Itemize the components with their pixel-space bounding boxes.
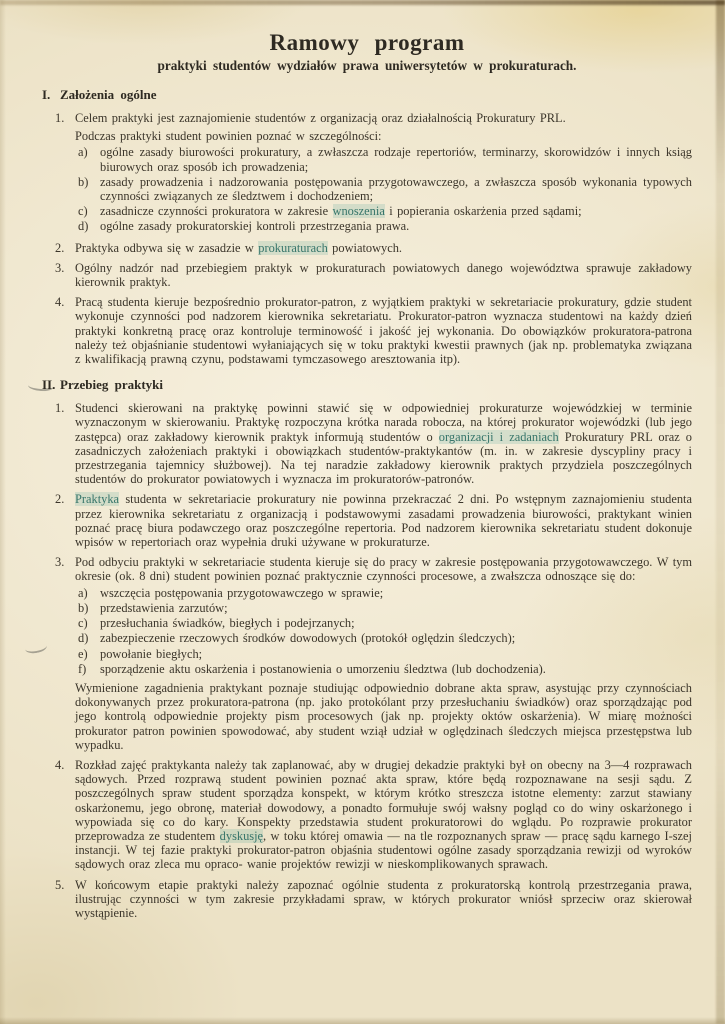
- item-paragraph: Praktyka studenta w sekretariacie prokur…: [75, 492, 692, 549]
- sub-list-item: c) przesłuchania świadków, biegłych i po…: [75, 616, 692, 630]
- list-item: 3. Pod odbyciu praktyki w sekretariacie …: [42, 555, 692, 752]
- item-body: Studenci skierowani na praktykę powinni …: [75, 401, 692, 486]
- section-number: II.: [42, 377, 60, 393]
- subitem-text: ogólne zasady prokuratorskiej kontroli p…: [100, 219, 692, 233]
- item-body: W końcowym etapie praktyki należy zapozn…: [75, 878, 692, 921]
- list-item: 4. Pracą studenta kieruje bezpośrednio p…: [42, 295, 692, 366]
- subitem-label: d): [75, 631, 100, 645]
- scan-edge-bottom: [0, 1017, 725, 1024]
- item-number: 1.: [55, 111, 75, 235]
- sub-list-item: d) ogólne zasady prokuratorskiej kontrol…: [75, 219, 692, 233]
- scan-edge-top: [0, 0, 725, 5]
- sub-list-item: e) powołanie biegłych;: [75, 647, 692, 661]
- sub-list-item: a) wszczęcia postępowania przygotowawcze…: [75, 586, 692, 600]
- item-number: 3.: [55, 261, 75, 289]
- subitem-label: b): [75, 601, 100, 615]
- item-number: 4.: [55, 758, 75, 872]
- item-paragraph: Wymienione zagadnienia praktykant poznaj…: [75, 681, 692, 752]
- subitem-text: zabezpieczenie rzeczowych środków dowodo…: [100, 631, 692, 645]
- item-body: Ogólny nadzór nad przebiegiem praktyk w …: [75, 261, 692, 289]
- item-paragraph: Pod odbyciu praktyki w sekretariacie stu…: [75, 555, 692, 583]
- sub-list-item: d) zabezpieczenie rzeczowych środków dow…: [75, 631, 692, 645]
- subitem-label: a): [75, 586, 100, 600]
- sub-list-item: f) sporządzenie aktu oskarżenia i postan…: [75, 662, 692, 676]
- page-title: Ramowy program: [42, 30, 692, 56]
- item-body: Pracą studenta kieruje bezpośrednio prok…: [75, 295, 692, 366]
- subitem-text: ogólne zasady biurowości prokuratury, a …: [100, 145, 692, 173]
- item-number: 4.: [55, 295, 75, 366]
- sub-list-item: a) ogólne zasady biurowości prokuratury,…: [75, 145, 692, 173]
- item-number: 1.: [55, 401, 75, 486]
- sub-list-item: b) przedstawienia zarzutów;: [75, 601, 692, 615]
- page-subtitle: praktyki studentów wydziałów prawa uniwe…: [42, 58, 692, 74]
- subitem-label: e): [75, 647, 100, 661]
- subitem-label: f): [75, 662, 100, 676]
- item-body: Celem praktyki jest zaznajomienie studen…: [75, 111, 692, 235]
- section-heading-1: I. Założenia ogólne: [42, 87, 692, 103]
- list-item: 1. Studenci skierowani na praktykę powin…: [42, 401, 692, 486]
- item-number: 3.: [55, 555, 75, 752]
- subitem-text: przedstawienia zarzutów;: [100, 601, 692, 615]
- item-number: 2.: [55, 241, 75, 255]
- item-paragraph: Ogólny nadzór nad przebiegiem praktyk w …: [75, 261, 692, 289]
- marker-highlight: wnoszenia: [333, 204, 385, 218]
- list-item: 2. Praktyka studenta w sekretariacie pro…: [42, 492, 692, 549]
- subitem-label: a): [75, 145, 100, 173]
- item-paragraph: W końcowym etapie praktyki należy zapozn…: [75, 878, 692, 921]
- subitem-text: przesłuchania świadków, biegłych i podej…: [100, 616, 692, 630]
- subitem-label: d): [75, 219, 100, 233]
- marker-highlight: organizacji i zadaniach: [439, 430, 559, 444]
- subitem-text: zasady prowadzenia i nadzorowania postęp…: [100, 175, 692, 203]
- scan-edge-right: [716, 0, 725, 1024]
- document-content: Ramowy program praktyki studentów wydzia…: [42, 24, 692, 926]
- section-heading-2: II. Przebieg praktyki: [42, 377, 692, 393]
- marker-highlight: prokuraturach: [258, 241, 328, 255]
- scan-edge-left: [0, 0, 6, 1024]
- section-title: Przebieg praktyki: [60, 377, 163, 393]
- item-number: 5.: [55, 878, 75, 921]
- subitem-text: sporządzenie aktu oskarżenia i postanowi…: [100, 662, 692, 676]
- item-paragraph: Studenci skierowani na praktykę powinni …: [75, 401, 692, 486]
- marker-highlight: dyskusję: [220, 829, 263, 843]
- document-page: Ramowy program praktyki studentów wydzia…: [0, 0, 725, 1024]
- subitem-text: zasadnicze czynności prokuratora w zakre…: [100, 204, 692, 218]
- item-paragraph: Rozkład zajęć praktykanta należy tak zap…: [75, 758, 692, 872]
- item-body: Praktyka studenta w sekretariacie prokur…: [75, 492, 692, 549]
- item-number: 2.: [55, 492, 75, 549]
- sub-list-item: b) zasady prowadzenia i nadzorowania pos…: [75, 175, 692, 203]
- item-body: Rozkład zajęć praktykanta należy tak zap…: [75, 758, 692, 872]
- item-paragraph: Celem praktyki jest zaznajomienie studen…: [75, 111, 692, 125]
- subitem-label: c): [75, 616, 100, 630]
- subitem-text: powołanie biegłych;: [100, 647, 692, 661]
- sub-list-item: c) zasadnicze czynności prokuratora w za…: [75, 204, 692, 218]
- list-item: 2. Praktyka odbywa się w zasadzie w prok…: [42, 241, 692, 255]
- list-item: 3. Ogólny nadzór nad przebiegiem praktyk…: [42, 261, 692, 289]
- section-number: I.: [42, 87, 60, 103]
- item-paragraph: Praktyka odbywa się w zasadzie w prokura…: [75, 241, 692, 255]
- item-body: Praktyka odbywa się w zasadzie w prokura…: [75, 241, 692, 255]
- list-item: 5. W końcowym etapie praktyki należy zap…: [42, 878, 692, 921]
- marker-highlight: Praktyka: [75, 492, 119, 506]
- item-paragraph: Podczas praktyki student powinien poznać…: [75, 129, 692, 143]
- item-paragraph: Pracą studenta kieruje bezpośrednio prok…: [75, 295, 692, 366]
- subitem-text: wszczęcia postępowania przygotowawczego …: [100, 586, 692, 600]
- list-item: 4. Rozkład zajęć praktykanta należy tak …: [42, 758, 692, 872]
- item-body: Pod odbyciu praktyki w sekretariacie stu…: [75, 555, 692, 752]
- subitem-label: c): [75, 204, 100, 218]
- list-item: 1. Celem praktyki jest zaznajomienie stu…: [42, 111, 692, 235]
- section-title: Założenia ogólne: [60, 87, 157, 103]
- subitem-label: b): [75, 175, 100, 203]
